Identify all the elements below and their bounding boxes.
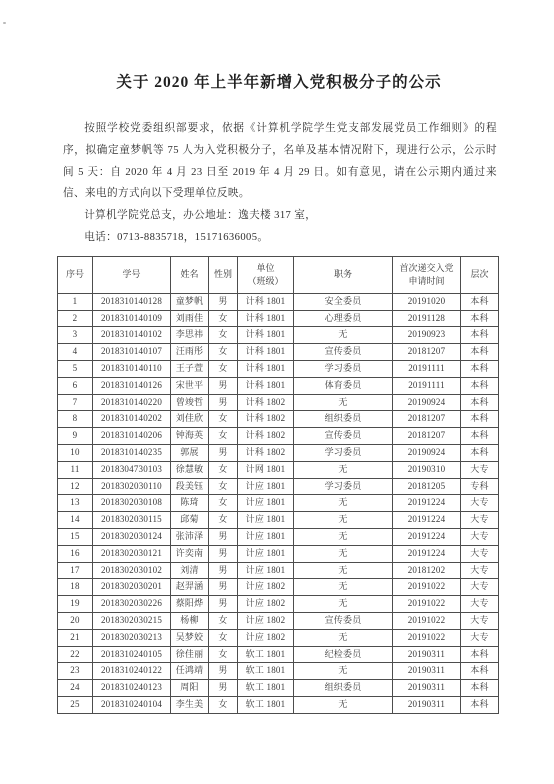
scan-artifact — [3, 22, 6, 24]
table-cell: 无 — [294, 495, 393, 512]
table-row: 162018302030121许奕南男计应 1801无20191224大专 — [58, 545, 499, 562]
column-header: 学号 — [93, 256, 171, 293]
table-cell: 邱菊 — [171, 512, 209, 529]
table-cell: 女 — [209, 495, 238, 512]
table-cell: 20190924 — [393, 394, 461, 411]
table-cell: 女 — [209, 428, 238, 445]
table-cell: 2018310140220 — [93, 394, 171, 411]
table-row: 222018310240105徐佳丽女软工 1801纪检委员20190311本科 — [58, 646, 499, 663]
table-cell: 2018302030110 — [93, 478, 171, 495]
page-title: 关于 2020 年上半年新增入党积极分子的公示 — [62, 70, 496, 92]
table-cell: 无 — [294, 696, 393, 713]
table-row: 52018310140110王子萱女计科 1801学习委员20191111本科 — [58, 360, 499, 377]
table-cell: 20191111 — [393, 377, 461, 394]
table-cell: 女 — [209, 310, 238, 327]
table-cell: 20190311 — [393, 646, 461, 663]
table-cell: 大专 — [461, 612, 499, 629]
table-cell: 2018302030115 — [93, 512, 171, 529]
table-cell: 心理委员 — [294, 310, 393, 327]
table-cell: 大专 — [461, 461, 499, 478]
table-cell: 童梦帆 — [171, 293, 209, 310]
table-cell: 2018310240122 — [93, 663, 171, 680]
table-cell: 无 — [294, 663, 393, 680]
table-cell: 学习委员 — [294, 478, 393, 495]
table-cell: 10 — [58, 444, 93, 461]
table-cell: 李思祎 — [171, 327, 209, 344]
table-row: 132018302030108陈琦女计应 1801无20191224大专 — [58, 495, 499, 512]
table-cell: 无 — [294, 528, 393, 545]
table-cell: 蔡阳烨 — [171, 596, 209, 613]
table-cell: 软工 1801 — [238, 646, 294, 663]
table-cell: 计科 1801 — [238, 293, 294, 310]
table-cell: 20191022 — [393, 579, 461, 596]
table-cell: 计应 1802 — [238, 612, 294, 629]
table-cell: 2018310140235 — [93, 444, 171, 461]
table-cell: 2018310140128 — [93, 293, 171, 310]
table-cell: 计科 1801 — [238, 377, 294, 394]
table-cell: 男 — [209, 528, 238, 545]
table-cell: 20191022 — [393, 612, 461, 629]
paragraph-phone: 电话：0713-8835718，15171636005。 — [63, 227, 497, 249]
table-cell: 2018302030102 — [93, 562, 171, 579]
table-cell: 13 — [58, 495, 93, 512]
table-cell: 学习委员 — [294, 360, 393, 377]
table-cell: 张沛泽 — [171, 528, 209, 545]
table-cell: 女 — [209, 411, 238, 428]
table-cell: 2018310140126 — [93, 377, 171, 394]
column-header: 姓名 — [171, 256, 209, 293]
table-cell: 大专 — [461, 596, 499, 613]
table-cell: 吴梦姣 — [171, 629, 209, 646]
table-cell: 宣传委员 — [294, 612, 393, 629]
table-cell: 7 — [58, 394, 93, 411]
column-header: 序号 — [58, 256, 93, 293]
table-cell: 11 — [58, 461, 93, 478]
table-row: 112018304730103徐慧敏女计网 1801无20190310大专 — [58, 461, 499, 478]
table-cell: 学习委员 — [294, 444, 393, 461]
table-row: 252018310240104李生美女软工 1801无20190311本科 — [58, 696, 499, 713]
table-row: 152018302030124张沛泽男计应 1801无20191224大专 — [58, 528, 499, 545]
table-cell: 2018310140202 — [93, 411, 171, 428]
column-header: 职务 — [294, 256, 393, 293]
table-cell: 杨柳 — [171, 612, 209, 629]
table-cell: 组织委员 — [294, 680, 393, 697]
table-cell: 男 — [209, 562, 238, 579]
table-cell: 本科 — [461, 663, 499, 680]
table-cell: 李生美 — [171, 696, 209, 713]
table-cell: 计应 1801 — [238, 478, 294, 495]
table-cell: 本科 — [461, 293, 499, 310]
table-cell: 计科 1801 — [238, 360, 294, 377]
table-cell: 20191224 — [393, 528, 461, 545]
table-cell: 本科 — [461, 428, 499, 445]
table-row: 122018302030110段美钰女计应 1801学习委员20181205专科 — [58, 478, 499, 495]
table-cell: 大专 — [461, 562, 499, 579]
table-cell: 2 — [58, 310, 93, 327]
table-cell: 女 — [209, 629, 238, 646]
table-cell: 15 — [58, 528, 93, 545]
table-cell: 计应 1801 — [238, 495, 294, 512]
table-cell: 郭展 — [171, 444, 209, 461]
table-cell: 无 — [294, 579, 393, 596]
table-cell: 2018310240105 — [93, 646, 171, 663]
table-cell: 17 — [58, 562, 93, 579]
table-cell: 女 — [209, 327, 238, 344]
table-row: 62018310140126宋世平男计科 1801体育委员20191111本科 — [58, 377, 499, 394]
table-cell: 计应 1801 — [238, 545, 294, 562]
table-cell: 刘雨佳 — [171, 310, 209, 327]
table-cell: 20190924 — [393, 444, 461, 461]
table-cell: 女 — [209, 478, 238, 495]
table-cell: 2018310240104 — [93, 696, 171, 713]
notice-body: 按照学校党委组织部要求，依据《计算机学院学生党支部发展党员工作细则》的程序，拟确… — [63, 118, 497, 249]
table-cell: 计应 1801 — [238, 528, 294, 545]
table-cell: 20191128 — [393, 310, 461, 327]
column-header: 层次 — [461, 256, 499, 293]
table-cell: 大专 — [461, 528, 499, 545]
table-cell: 大专 — [461, 629, 499, 646]
table-cell: 男 — [209, 680, 238, 697]
table-cell: 计应 1802 — [238, 629, 294, 646]
table-cell: 2018302030215 — [93, 612, 171, 629]
table-cell: 4 — [58, 344, 93, 361]
table-cell: 专科 — [461, 478, 499, 495]
table-cell: 男 — [209, 293, 238, 310]
table-cell: 汪雨彤 — [171, 344, 209, 361]
table-cell: 女 — [209, 696, 238, 713]
table-cell: 20190310 — [393, 461, 461, 478]
table-cell: 无 — [294, 461, 393, 478]
table-cell: 20190311 — [393, 696, 461, 713]
table-cell: 20181202 — [393, 562, 461, 579]
column-header: 单位 （班级） — [238, 256, 294, 293]
table-cell: 安全委员 — [294, 293, 393, 310]
table-cell: 计科 1801 — [238, 327, 294, 344]
table-cell: 本科 — [461, 680, 499, 697]
table-row: 82018310140202刘佳欣女计科 1802组织委员20181207本科 — [58, 411, 499, 428]
table-cell: 25 — [58, 696, 93, 713]
table-row: 232018310240122任鸿靖男软工 1801无20190311本科 — [58, 663, 499, 680]
table-cell: 周阳 — [171, 680, 209, 697]
table-cell: 20191022 — [393, 629, 461, 646]
table-row: 92018310140206钟海英女计科 1802宣传委员20181207本科 — [58, 428, 499, 445]
table-cell: 任鸿靖 — [171, 663, 209, 680]
table-cell: 计应 1801 — [238, 512, 294, 529]
table-cell: 段美钰 — [171, 478, 209, 495]
table-cell: 2018310140206 — [93, 428, 171, 445]
table-cell: 2018302030213 — [93, 629, 171, 646]
table-cell: 23 — [58, 663, 93, 680]
table-cell: 本科 — [461, 646, 499, 663]
table-cell: 女 — [209, 360, 238, 377]
table-cell: 20181207 — [393, 428, 461, 445]
table-cell: 计科 1802 — [238, 444, 294, 461]
table-cell: 男 — [209, 545, 238, 562]
table-row: 42018310140107汪雨彤女计科 1801宣传委员20181207本科 — [58, 344, 499, 361]
table-row: 182018302030201赵羿涵男计应 1802无20191022大专 — [58, 579, 499, 596]
table-cell: 14 — [58, 512, 93, 529]
column-header: 首次递交入党 申请时间 — [393, 256, 461, 293]
table-cell: 计科 1802 — [238, 394, 294, 411]
table-cell: 曾竣哲 — [171, 394, 209, 411]
table-cell: 男 — [209, 394, 238, 411]
table-cell: 21 — [58, 629, 93, 646]
table-cell: 宣传委员 — [294, 344, 393, 361]
table-cell: 无 — [294, 327, 393, 344]
table-cell: 无 — [294, 545, 393, 562]
table-cell: 王子萱 — [171, 360, 209, 377]
table-cell: 女 — [209, 461, 238, 478]
table-cell: 2018310140107 — [93, 344, 171, 361]
table-row: 22018310140109刘雨佳女计科 1801心理委员20191128本科 — [58, 310, 499, 327]
table-cell: 2018310240123 — [93, 680, 171, 697]
table-cell: 男 — [209, 579, 238, 596]
table-cell: 纪检委员 — [294, 646, 393, 663]
table-cell: 2018302030226 — [93, 596, 171, 613]
table-cell: 2018302030124 — [93, 528, 171, 545]
table-cell: 24 — [58, 680, 93, 697]
table-cell: 女 — [209, 344, 238, 361]
table-cell: 2018304730103 — [93, 461, 171, 478]
paragraph-intro: 按照学校党委组织部要求，依据《计算机学院学生党支部发展党员工作细则》的程序，拟确… — [63, 118, 497, 205]
table-cell: 1 — [58, 293, 93, 310]
table-cell: 女 — [209, 612, 238, 629]
table-cell: 2018302030121 — [93, 545, 171, 562]
table-cell: 赵羿涵 — [171, 579, 209, 596]
table-cell: 20181207 — [393, 411, 461, 428]
table-row: 72018310140220曾竣哲男计科 1802无20190924本科 — [58, 394, 499, 411]
table-cell: 计科 1802 — [238, 411, 294, 428]
table-cell: 徐慧敏 — [171, 461, 209, 478]
table-cell: 计科 1801 — [238, 310, 294, 327]
table-cell: 12 — [58, 478, 93, 495]
table-cell: 软工 1801 — [238, 663, 294, 680]
table-cell: 钟海英 — [171, 428, 209, 445]
table-cell: 计应 1802 — [238, 596, 294, 613]
table-cell: 20191111 — [393, 360, 461, 377]
table-row: 212018302030213吴梦姣女计应 1802无20191022大专 — [58, 629, 499, 646]
table-cell: 宋世平 — [171, 377, 209, 394]
table-row: 172018302030102刘清男计应 1801无20181202大专 — [58, 562, 499, 579]
table-cell: 20191022 — [393, 596, 461, 613]
table-cell: 18 — [58, 579, 93, 596]
table-cell: 20190923 — [393, 327, 461, 344]
table-cell: 本科 — [461, 444, 499, 461]
table-row: 102018310140235郭展男计科 1802学习委员20190924本科 — [58, 444, 499, 461]
table-cell: 女 — [209, 512, 238, 529]
column-header: 性别 — [209, 256, 238, 293]
table-cell: 男 — [209, 596, 238, 613]
paragraph-office: 计算机学院党总支，办公地址：逸夫楼 317 室， — [63, 205, 497, 227]
table-cell: 男 — [209, 663, 238, 680]
table-cell: 3 — [58, 327, 93, 344]
table-cell: 20190311 — [393, 680, 461, 697]
table-cell: 20181205 — [393, 478, 461, 495]
table-cell: 2018310140102 — [93, 327, 171, 344]
table-cell: 计科 1802 — [238, 428, 294, 445]
table-cell: 无 — [294, 512, 393, 529]
table-cell: 20181207 — [393, 344, 461, 361]
table-cell: 无 — [294, 596, 393, 613]
table-cell: 20191020 — [393, 293, 461, 310]
table-cell: 本科 — [461, 310, 499, 327]
table-cell: 本科 — [461, 360, 499, 377]
table-header-row: 序号学号姓名性别单位 （班级）职务首次递交入党 申请时间层次 — [58, 256, 499, 293]
table-cell: 8 — [58, 411, 93, 428]
table-cell: 陈琦 — [171, 495, 209, 512]
table-cell: 无 — [294, 562, 393, 579]
table-cell: 20191224 — [393, 495, 461, 512]
table-cell: 本科 — [461, 696, 499, 713]
table-cell: 组织委员 — [294, 411, 393, 428]
table-cell: 本科 — [461, 344, 499, 361]
table-cell: 大专 — [461, 512, 499, 529]
table-cell: 2018310140110 — [93, 360, 171, 377]
table-row: 192018302030226蔡阳烨男计应 1802无20191022大专 — [58, 596, 499, 613]
table-cell: 19 — [58, 596, 93, 613]
table-row: 142018302030115邱菊女计应 1801无20191224大专 — [58, 512, 499, 529]
table-cell: 本科 — [461, 394, 499, 411]
table-cell: 男 — [209, 444, 238, 461]
table-row: 202018302030215杨柳女计应 1802宣传委员20191022大专 — [58, 612, 499, 629]
table-cell: 本科 — [461, 411, 499, 428]
table-cell: 许奕南 — [171, 545, 209, 562]
table-row: 242018310240123周阳男软工 1801组织委员20190311本科 — [58, 680, 499, 697]
table-cell: 软工 1801 — [238, 696, 294, 713]
table-cell: 大专 — [461, 579, 499, 596]
table-cell: 大专 — [461, 495, 499, 512]
table-cell: 男 — [209, 377, 238, 394]
table-cell: 计科 1801 — [238, 344, 294, 361]
table-cell: 软工 1801 — [238, 680, 294, 697]
table-cell: 6 — [58, 377, 93, 394]
applicants-table: 序号学号姓名性别单位 （班级）职务首次递交入党 申请时间层次 120183101… — [57, 256, 499, 714]
table-cell: 计应 1801 — [238, 562, 294, 579]
table-row: 32018310140102李思祎女计科 1801无20190923本科 — [58, 327, 499, 344]
table-cell: 体育委员 — [294, 377, 393, 394]
table-cell: 刘清 — [171, 562, 209, 579]
table-cell: 本科 — [461, 377, 499, 394]
table-cell: 无 — [294, 629, 393, 646]
table-cell: 2018302030108 — [93, 495, 171, 512]
table-cell: 20190311 — [393, 663, 461, 680]
table-cell: 大专 — [461, 545, 499, 562]
table-cell: 计网 1801 — [238, 461, 294, 478]
table-cell: 本科 — [461, 327, 499, 344]
table-row: 12018310140128童梦帆男计科 1801安全委员20191020本科 — [58, 293, 499, 310]
table-cell: 16 — [58, 545, 93, 562]
table-cell: 宣传委员 — [294, 428, 393, 445]
table-cell: 5 — [58, 360, 93, 377]
table-cell: 9 — [58, 428, 93, 445]
table-cell: 20191224 — [393, 545, 461, 562]
table-cell: 徐佳丽 — [171, 646, 209, 663]
table-cell: 2018302030201 — [93, 579, 171, 596]
table-cell: 计应 1802 — [238, 579, 294, 596]
table-cell: 女 — [209, 646, 238, 663]
table-cell: 刘佳欣 — [171, 411, 209, 428]
table-cell: 22 — [58, 646, 93, 663]
table-cell: 无 — [294, 394, 393, 411]
table-cell: 20 — [58, 612, 93, 629]
table-cell: 2018310140109 — [93, 310, 171, 327]
table-cell: 20191224 — [393, 512, 461, 529]
table-body: 12018310140128童梦帆男计科 1801安全委员20191020本科2… — [58, 293, 499, 713]
